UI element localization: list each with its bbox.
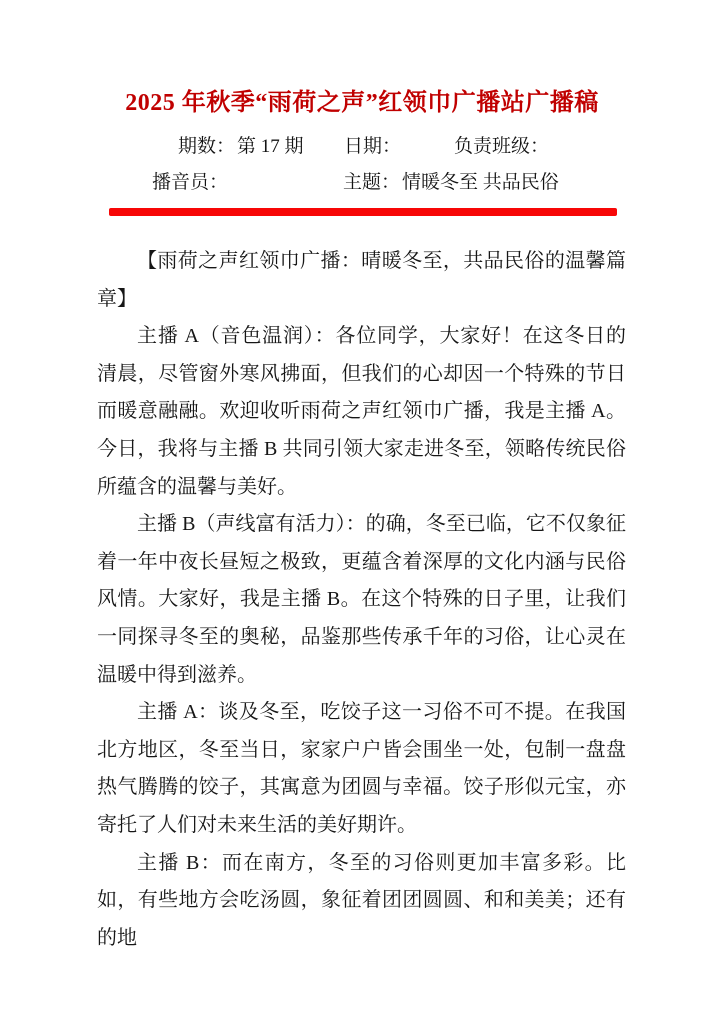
paragraph-host-b-intro: 主播 B（声线富有活力）：的确，冬至已临，它不仅象征着一年中夜长昼短之极致，更蕴… [97, 506, 626, 694]
issue-label: 期数： [178, 136, 235, 157]
theme-value: 情暖冬至 共品民俗 [402, 172, 559, 193]
theme-label: 主题： [343, 172, 400, 193]
date-label: 日期： [344, 136, 401, 157]
paragraph-host-a-intro: 主播 A（音色温润）：各位同学，大家好！在这冬日的清晨，尽管窗外寒风拂面，但我们… [97, 318, 626, 506]
document-page: 2025 年秋季“雨荷之声”红领巾广播站广播稿 期数：第 17 期 日期： 负责… [0, 0, 724, 1024]
red-divider [109, 208, 617, 216]
broadcast-script-body: 【雨荷之声红领巾广播：晴暖冬至，共品民俗的温馨篇章】 主播 A（音色温润）：各位… [97, 243, 626, 957]
issue-field: 期数：第 17 期 [178, 131, 304, 158]
paragraph-host-a-dumplings: 主播 A：谈及冬至，吃饺子这一习俗不可不提。在我国北方地区，冬至当日，家家户户皆… [97, 694, 626, 844]
theme-field: 主题：情暖冬至 共品民俗 [343, 167, 559, 194]
issue-value: 第 17 期 [237, 136, 304, 157]
paragraph-host-b-south: 主播 B：而在南方，冬至的习俗则更加丰富多彩。比如，有些地方会吃汤圆，象征着团团… [97, 845, 626, 958]
paragraph-heading: 【雨荷之声红领巾广播：晴暖冬至，共品民俗的温馨篇章】 [97, 243, 626, 318]
announcer-field: 播音员： [152, 167, 230, 194]
responsible-class-label: 负责班级： [454, 136, 549, 157]
date-field: 日期： [344, 131, 403, 158]
page-title: 2025 年秋季“雨荷之声”红领巾广播站广播稿 [0, 82, 724, 117]
announcer-label: 播音员： [152, 172, 228, 193]
responsible-class-field: 负责班级： [454, 131, 551, 158]
